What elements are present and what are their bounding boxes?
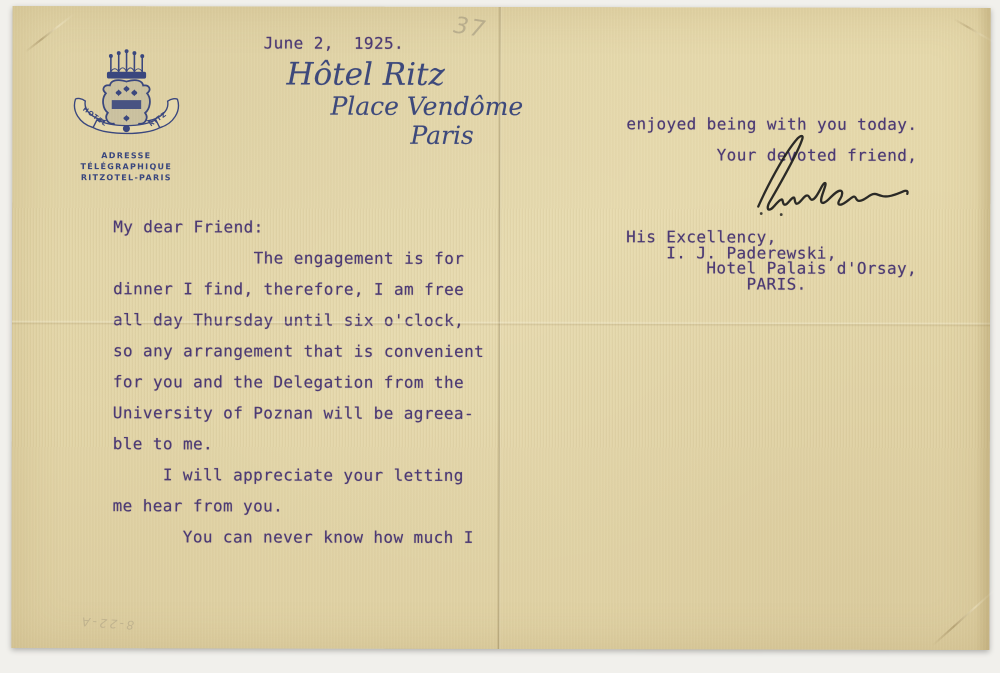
pencil-annotation-bottom: 8-22-A <box>79 614 135 632</box>
telegraph-address-line2: RITZOTEL-PARIS <box>56 172 196 183</box>
telegraph-address-line1: ADRESSE TÉLÉGRAPHIQUE <box>56 150 196 172</box>
hotel-ritz-crest-icon: HOTEL RITZ <box>67 48 185 146</box>
letter-date: June 2, 1925. <box>264 34 405 53</box>
letter-paper: HOTEL RITZ ADRESSE TÉLÉGRAPHIQUE RITZOTE… <box>11 6 990 650</box>
body-line: The engagement is for <box>113 242 484 274</box>
body-line: My dear Friend: <box>113 211 484 243</box>
corner-crease-top-left <box>25 13 75 53</box>
recipient-address-block: His Excellency, I. J. Paderewski, Hotel … <box>626 229 917 292</box>
body-line: for you and the Delegation from the <box>113 366 484 398</box>
handwritten-signature <box>725 128 910 216</box>
scanned-letter: HOTEL RITZ ADRESSE TÉLÉGRAPHIQUE RITZOTE… <box>0 0 1000 673</box>
letterhead-address: Place Vendôme <box>330 92 523 121</box>
body-line: I will appreciate your letting <box>113 459 484 491</box>
letter-body-left-page: My dear Friend: The engagement is for di… <box>113 211 485 553</box>
body-line: dinner I find, therefore, I am free <box>113 273 484 305</box>
body-line: me hear from you. <box>113 490 484 522</box>
paper-edge-shading <box>975 8 990 650</box>
body-line: ble to me. <box>113 428 484 460</box>
letterhead-hotel-name: Hôtel Ritz <box>286 57 444 93</box>
letterhead-city: Paris <box>410 121 473 150</box>
body-line: You can never know how much I <box>113 521 484 553</box>
body-line: University of Poznan will be agreea- <box>113 397 484 429</box>
recipient-line: PARIS. <box>626 276 917 292</box>
body-line: so any arrangement that is convenient <box>113 335 484 367</box>
vertical-fold-line <box>496 7 502 649</box>
pencil-annotation-top: 37 <box>452 12 489 43</box>
letterhead: HOTEL RITZ ADRESSE TÉLÉGRAPHIQUE RITZOTE… <box>56 48 196 183</box>
